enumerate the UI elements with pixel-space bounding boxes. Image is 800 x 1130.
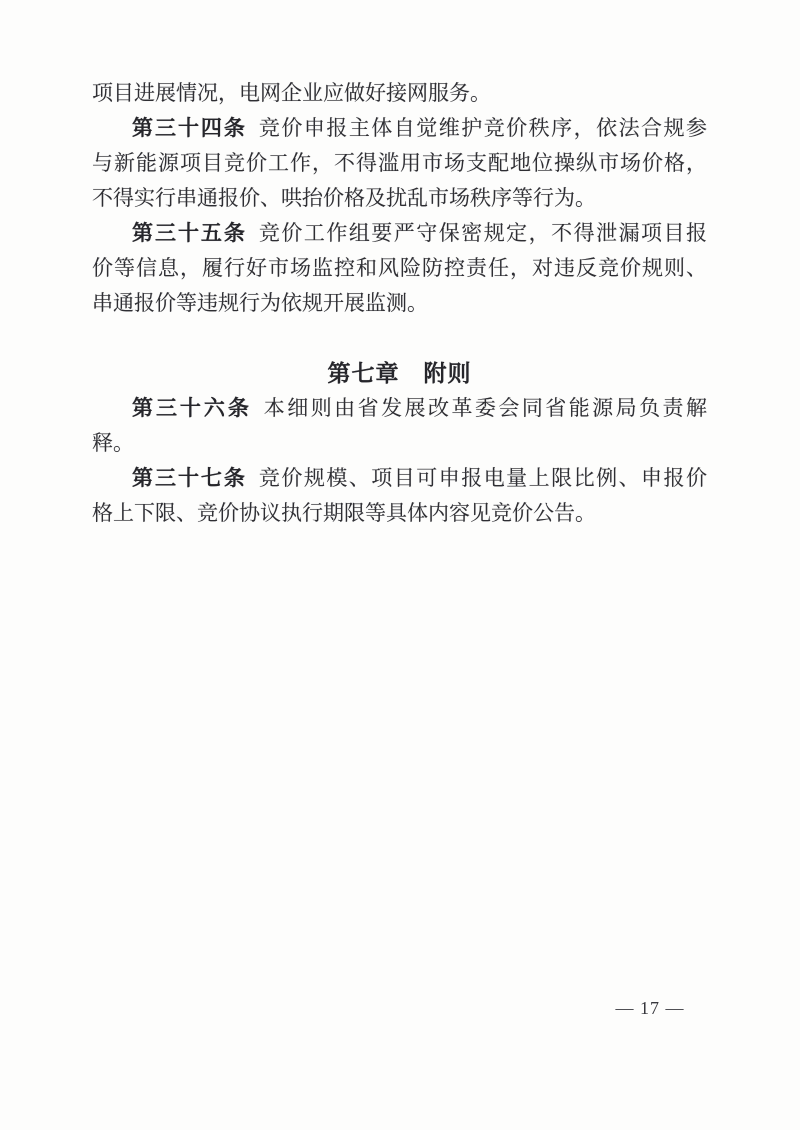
line-text: 竞价工作组要严守保密规定，不得泄漏项目报 — [259, 221, 707, 245]
line-text: 项目进展情况，电网企业应做好接网服务。 — [92, 81, 491, 105]
article-number: 第三十七条 — [132, 466, 247, 490]
blank-line — [92, 321, 707, 356]
article-line: 第三十七条竞价规模、项目可申报电量上限比例、申报价 — [92, 461, 707, 496]
line-text: 竞价申报主体自觉维护竞价秩序，依法合规参 — [259, 116, 707, 140]
body-line: 项目进展情况，电网企业应做好接网服务。 — [92, 76, 707, 111]
article-number: 第三十四条 — [132, 116, 247, 140]
line-text: 与新能源项目竞价工作，不得滥用市场支配地位操纵市场价格， — [92, 151, 707, 175]
body-line: 不得实行串通报价、哄抬价格及扰乱市场秩序等行为。 — [92, 181, 707, 216]
article-number: 第三十五条 — [132, 221, 247, 245]
body-line: 格上下限、竞价协议执行期限等具体内容见竞价公告。 — [92, 496, 707, 531]
chapter-heading: 第七章 附则 — [92, 356, 707, 391]
page-number: — 17 — — [610, 998, 690, 1019]
article-line: 第三十六条本细则由省发展改革委会同省能源局负责解 — [92, 391, 707, 426]
line-text: 串通报价等违规行为依规开展监测。 — [92, 291, 428, 315]
body-line: 与新能源项目竞价工作，不得滥用市场支配地位操纵市场价格， — [92, 146, 707, 181]
line-text: 释。 — [92, 431, 134, 455]
body-line: 释。 — [92, 426, 707, 461]
line-text: 本细则由省发展改革委会同省能源局负责解 — [264, 396, 707, 420]
article-line: 第三十五条竞价工作组要严守保密规定，不得泄漏项目报 — [92, 216, 707, 251]
body-line: 串通报价等违规行为依规开展监测。 — [92, 286, 707, 321]
line-text: 格上下限、竞价协议执行期限等具体内容见竞价公告。 — [92, 501, 596, 525]
line-text: 价等信息，履行好市场监控和风险防控责任，对违反竞价规则、 — [92, 256, 707, 280]
article-line: 第三十四条竞价申报主体自觉维护竞价秩序，依法合规参 — [92, 111, 707, 146]
document-body: 项目进展情况，电网企业应做好接网服务。第三十四条竞价申报主体自觉维护竞价秩序，依… — [92, 76, 707, 531]
document-page: 项目进展情况，电网企业应做好接网服务。第三十四条竞价申报主体自觉维护竞价秩序，依… — [0, 0, 800, 1130]
article-number: 第三十六条 — [132, 396, 252, 420]
body-line: 价等信息，履行好市场监控和风险防控责任，对违反竞价规则、 — [92, 251, 707, 286]
line-text: 竞价规模、项目可申报电量上限比例、申报价 — [259, 466, 707, 490]
line-text: 不得实行串通报价、哄抬价格及扰乱市场秩序等行为。 — [92, 186, 596, 210]
